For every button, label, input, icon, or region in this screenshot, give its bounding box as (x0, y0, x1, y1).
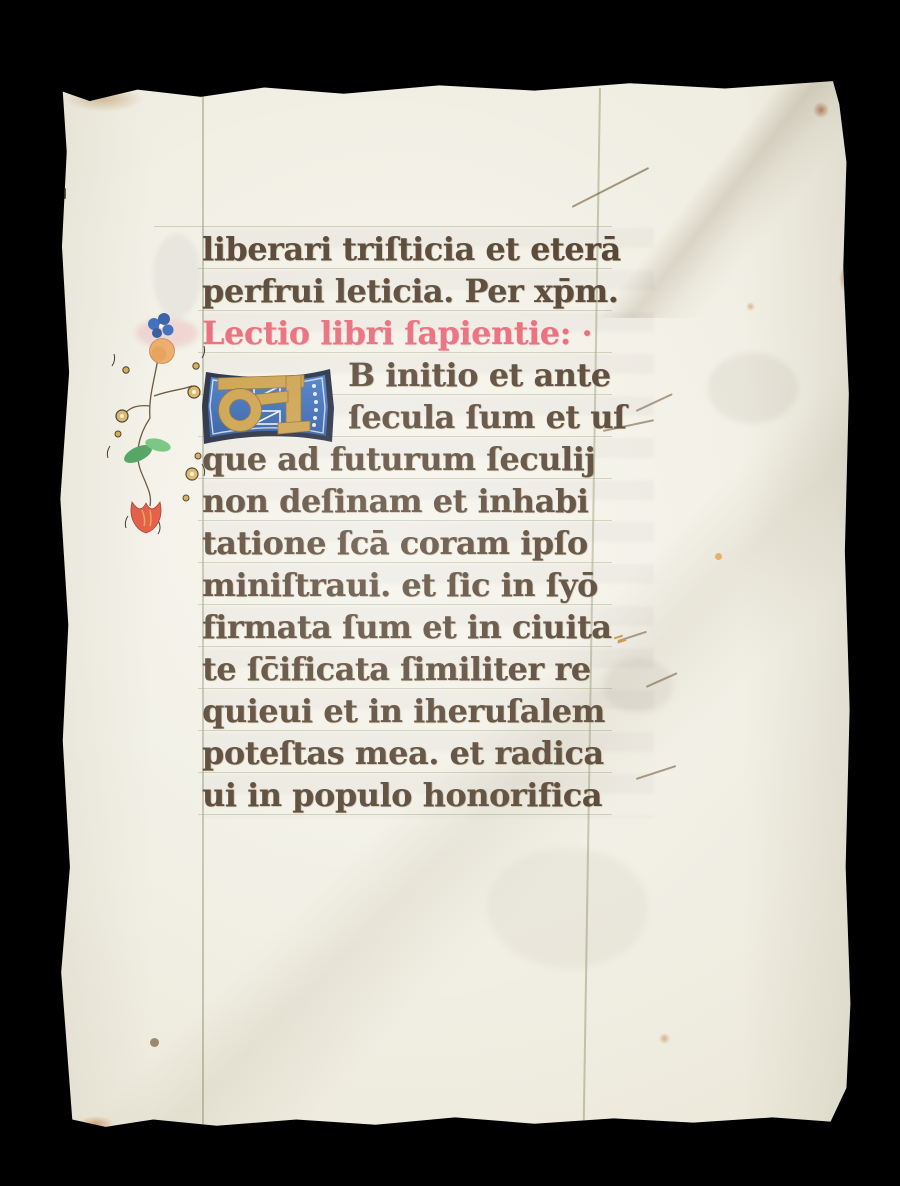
blue-flower (148, 313, 174, 338)
photo-background: liberari triſticia et eterā perfrui leti… (0, 0, 900, 1186)
manuscript-leaf: liberari triſticia et eterā perfrui leti… (58, 78, 852, 1130)
verso-show-through (488, 848, 648, 968)
stain (659, 1033, 670, 1044)
stain (839, 266, 851, 292)
illuminated-initial (198, 362, 338, 450)
text-line: poteſtas mea. et radica (202, 732, 672, 774)
text-line: B initio et ante (348, 354, 672, 396)
stain (844, 138, 854, 148)
text-line: non deſinam et inhabi (202, 480, 672, 522)
text-line: miniſtraui. et ſic in ſyō (202, 564, 672, 606)
marginal-floral-decoration (98, 306, 214, 536)
red-flower (131, 502, 161, 533)
rubric-line: Lectio libri ſapientie: · (202, 312, 672, 354)
verso-show-through (708, 353, 798, 423)
gold-rings (116, 386, 200, 480)
stain (64, 86, 144, 112)
text-line: tatione ſcā coram ipſo (202, 522, 672, 564)
pen-flourish (572, 167, 649, 207)
text-line: ſecula ſum et uſ (348, 396, 672, 438)
stain (78, 1116, 114, 1132)
stain (150, 1038, 159, 1047)
text-line: liberari triſticia et eterā (202, 228, 672, 270)
flower-stems (122, 346, 192, 506)
green-leaves (121, 436, 172, 467)
stain (746, 302, 755, 311)
text-line: firmata ſum et in ciuita (202, 606, 672, 648)
text-line: te ſc̄ificata ſimiliter re (202, 648, 672, 690)
text-line: perfrui leticia. Per xp̄m. (202, 270, 672, 312)
stain (813, 102, 829, 118)
text-line: ui in populo honorifica (202, 774, 672, 816)
edge-mark (59, 140, 66, 149)
text-line: quieui et in iheruſalem (202, 690, 672, 732)
orange-fruit (150, 339, 175, 364)
stain (715, 553, 722, 560)
text-block: liberari triſticia et eterā perfrui leti… (202, 228, 672, 816)
edge-mark (60, 188, 66, 199)
gold-dots (115, 363, 201, 501)
